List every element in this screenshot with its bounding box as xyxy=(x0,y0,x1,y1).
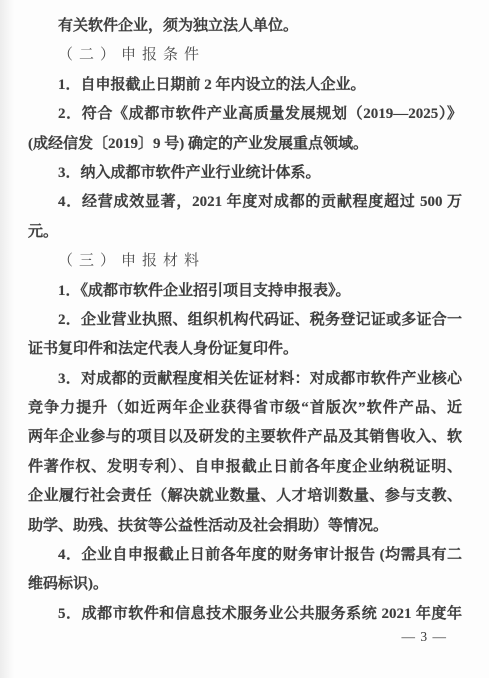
body-line: 1．《成都市软件企业招引项目支持申报表》。 xyxy=(28,277,462,306)
page-edge-shading xyxy=(0,0,14,678)
body-line: 3．纳入成都市软件产业行业统计体系。 xyxy=(28,159,462,188)
body-line: 两年企业参与的项目以及研发的主要软件产品及其销售收入、软 xyxy=(28,423,462,452)
body-line: 4．经营成效显著，2021 年度对成都的贡献程度超过 500 万 xyxy=(28,188,462,217)
page-number: — 3 — xyxy=(402,628,448,646)
body-line: 1．自申报截止日期前 2 年内设立的法人企业。 xyxy=(28,71,462,100)
body-line: 3．对成都的贡献程度相关佐证材料：对成都市软件产业核心 xyxy=(28,365,462,394)
body-line: (成经信发〔2019〕9 号) 确定的产业发展重点领域。 xyxy=(28,130,462,159)
section-heading-2: （二）申报条件 xyxy=(28,41,462,70)
body-line: 维码标识)。 xyxy=(28,570,462,599)
body-line: 5．成都市软件和信息技术服务业公共服务系统 2021 年度年 xyxy=(28,600,462,629)
body-line: 证书复印件和法定代表人身份证复印件。 xyxy=(28,335,462,364)
body-line: 2．企业营业执照、组织机构代码证、税务登记证或多证合一 xyxy=(28,306,462,335)
body-line: 助学、助残、扶贫等公益性活动及社会捐助）等情况。 xyxy=(28,512,462,541)
body-line: 元。 xyxy=(28,218,462,247)
body-line: 有关软件企业，须为独立法人单位。 xyxy=(28,12,462,41)
body-line: 2．符合《成都市软件产业高质量发展规划（2019—2025）》 xyxy=(28,100,462,129)
body-line: 企业履行社会责任（解决就业数量、人才培训数量、参与支教、 xyxy=(28,482,462,511)
body-line: 竞争力提升（如近两年企业获得省市级“首版次”软件产品、近 xyxy=(28,394,462,423)
document-text-block: 有关软件企业，须为独立法人单位。 （二）申报条件 1．自申报截止日期前 2 年内… xyxy=(28,12,462,629)
section-heading-3: （三）申报材料 xyxy=(28,247,462,276)
body-line: 4．企业自申报截止日前各年度的财务审计报告 (均需具有二 xyxy=(28,541,462,570)
body-line: 件著作权、发明专利）、自申报截止日前各年度企业纳税证明、 xyxy=(28,453,462,482)
